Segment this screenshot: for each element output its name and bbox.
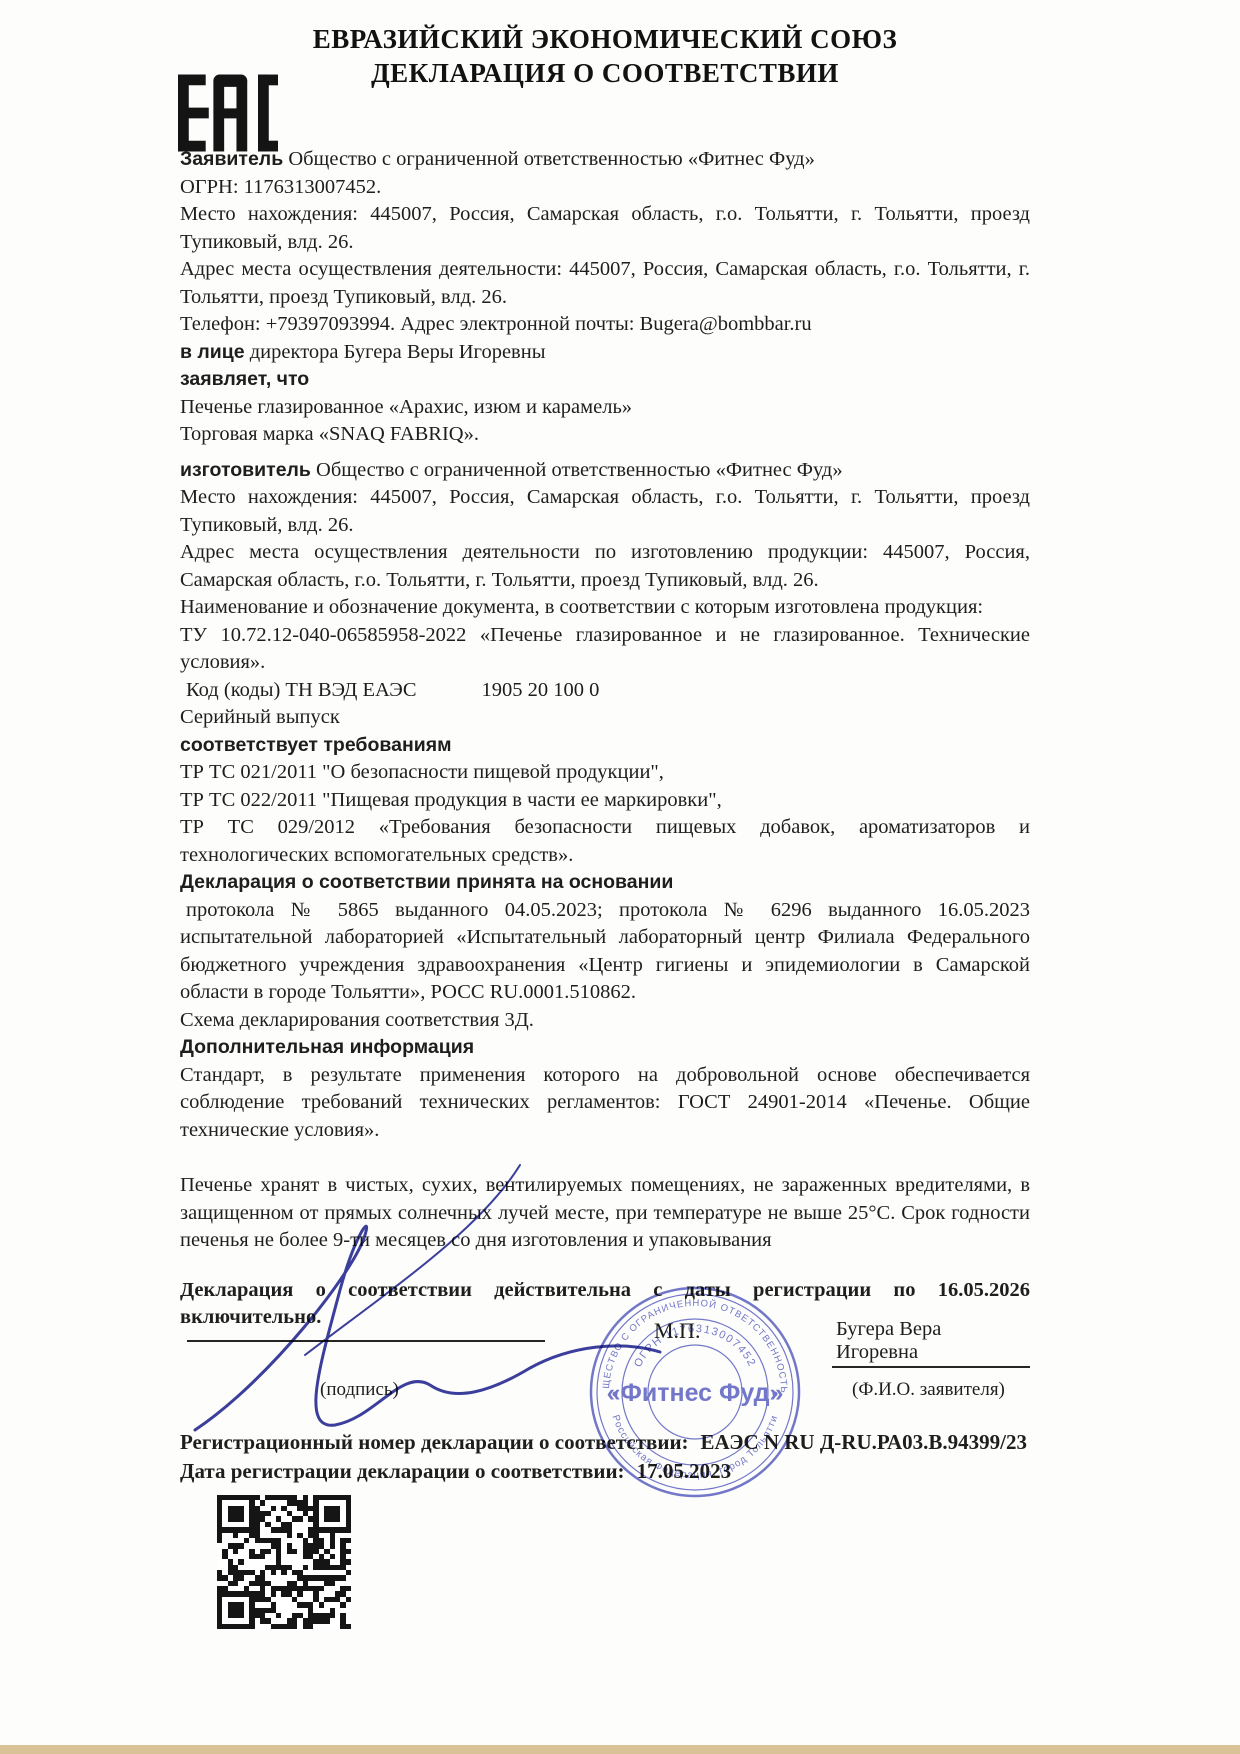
represented-by-value: директора Бугера Веры Игоревны	[250, 341, 546, 363]
tu-document-line: ТУ 10.72.12-040-06585958-2022 «Печенье г…	[180, 622, 1030, 677]
company-stamp: ОБЩЕСТВО С ОГРАНИЧЕННОЙ ОТВЕТСТВЕННОСТЬЮ…	[585, 1282, 805, 1502]
svg-text:Российская Федерация, город То: Российская Федерация, город Тольятти	[610, 1414, 781, 1481]
additional-label: Дополнительная информация	[180, 1034, 1030, 1062]
qr-code	[217, 1495, 351, 1629]
declaration-title: ДЕКЛАРАЦИЯ О СООТВЕТСТВИИ	[180, 56, 1030, 90]
applicant-label: Заявитель	[180, 148, 283, 170]
regulation-tr021: ТР ТС 021/2011 "О безопасности пищевой п…	[180, 759, 1030, 787]
document-page: ЕВРАЗИЙСКИЙ ЭКОНОМИЧЕСКИЙ СОЮЗ ДЕКЛАРАЦИ…	[0, 0, 1240, 1754]
signature-line	[187, 1340, 545, 1342]
applicant-activity-address: Адрес места осуществления деятельности: …	[180, 256, 1030, 311]
mp-mark: М.П.	[654, 1318, 700, 1344]
document-header: ЕВРАЗИЙСКИЙ ЭКОНОМИЧЕСКИЙ СОЮЗ ДЕКЛАРАЦИ…	[180, 22, 1030, 90]
signature-caption: (подпись)	[320, 1379, 399, 1401]
serial-line: Серийный выпуск	[180, 704, 1030, 732]
union-title: ЕВРАЗИЙСКИЙ ЭКОНОМИЧЕСКИЙ СОЮЗ	[180, 22, 1030, 56]
manufacturer-production-address: Адрес места осуществления деятельности п…	[180, 539, 1030, 594]
basis-text: протокола № 5865 выданного 04.05.2023; п…	[180, 897, 1030, 1007]
applicant-location: Место нахождения: 445007, Россия, Самарс…	[180, 201, 1030, 256]
fio-caption: (Ф.И.О. заявителя)	[852, 1379, 1005, 1401]
applicant-line: Заявитель Общество с ограниченной ответс…	[180, 146, 1030, 174]
manufacturer-label: изготовитель	[180, 459, 311, 481]
represented-by-line: в лице директора Бугера Веры Игоревны	[180, 339, 1030, 367]
regulation-tr022: ТР ТС 022/2011 "Пищевая продукция в част…	[180, 787, 1030, 815]
standard-text: Стандарт, в результате применения которо…	[180, 1062, 1030, 1145]
scan-bottom-edge	[0, 1745, 1240, 1754]
applicant-value: Общество с ограниченной ответственностью…	[288, 148, 815, 170]
manufacturer-location: Место нахождения: 445007, Россия, Самарс…	[180, 484, 1030, 539]
phone-email-line: Телефон: +79397093994. Адрес электронной…	[180, 311, 1030, 339]
stamp-center-text: «Фитнес Фуд»	[607, 1379, 784, 1407]
declares-label: заявляет, что	[180, 366, 1030, 394]
manufacturer-value: Общество с ограниченной ответственностью…	[316, 459, 843, 481]
represented-by-label: в лице	[180, 341, 245, 363]
manufacturer-line: изготовитель Общество с ограниченной отв…	[180, 457, 1030, 485]
registration-date-label: Дата регистрации декларации о соответств…	[180, 1459, 625, 1483]
basis-label: Декларация о соответствии принята на осн…	[180, 869, 1030, 897]
tnved-label: Код (коды) ТН ВЭД ЕАЭС	[186, 679, 417, 701]
storage-text: Печенье хранят в чистых, сухих, вентилир…	[180, 1172, 1030, 1255]
tnved-code: 1905 20 100 0	[482, 679, 600, 701]
document-intro-line: Наименование и обозначение документа, в …	[180, 594, 1030, 622]
scheme-line: Схема декларирования соответствия 3Д.	[180, 1007, 1030, 1035]
regulation-tr029: ТР ТС 029/2012 «Требования безопасности …	[180, 814, 1030, 869]
stamp-ring-bottom-text: Российская Федерация, город Тольятти	[610, 1414, 781, 1481]
product-trademark: Торговая марка «SNAQ FABRIQ».	[180, 421, 1030, 449]
applicant-fio: Бугера Вера Игоревна	[832, 1318, 1030, 1368]
tnved-line: Код (коды) ТН ВЭД ЕАЭС1905 20 100 0	[180, 677, 1030, 705]
product-name: Печенье глазированное «Арахис, изюм и ка…	[180, 394, 1030, 422]
ogrn-line: ОГРН: 1176313007452.	[180, 174, 1030, 202]
compliance-label: соответствует требованиям	[180, 732, 1030, 760]
